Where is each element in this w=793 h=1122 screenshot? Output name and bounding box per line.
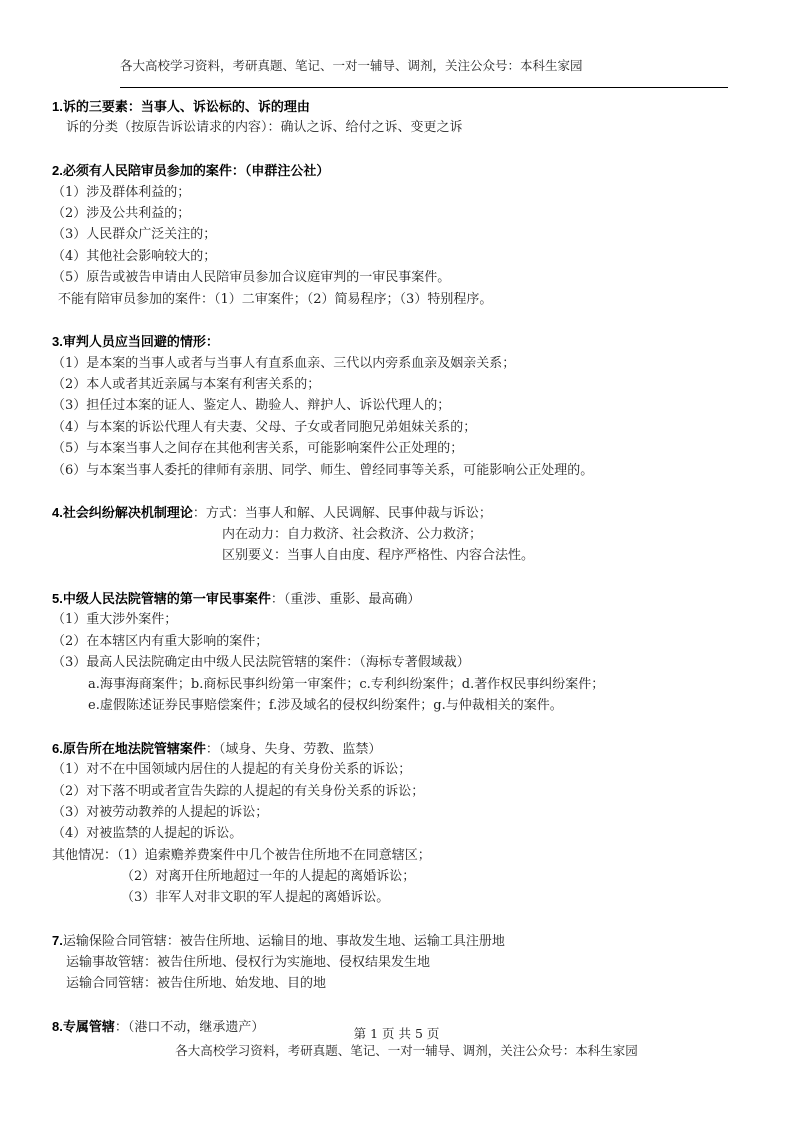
section-line: 内在动力：自力救济、社会救济、公力救济； xyxy=(52,524,752,545)
section-6: 6.原告所在地法院管辖案件：（域身、失身、劳教、监禁） （1）对不在中国领域内居… xyxy=(52,738,752,909)
section-title-suffix: ：（域身、失身、劳教、监禁） xyxy=(206,742,382,757)
section-title: 5.中级人民法院管辖的第一审民事案件 xyxy=(52,591,271,606)
list-item: （2）在本辖区内有重大影响的案件； xyxy=(52,631,752,652)
spacer xyxy=(52,994,752,1015)
section-note: 不能有陪审员参加的案件：（1）二审案件；（2）简易程序；（3）特别程序。 xyxy=(52,289,752,310)
list-item: （5）与本案当事人之间存在其他利害关系，可能影响案件公正处理的； xyxy=(52,438,752,459)
page-header: 各大高校学习资料，考研真题、笔记、一对一辅导、调剂，关注公众号：本科生家园 xyxy=(120,56,583,74)
page-number: 第 1 页 共 5 页 xyxy=(0,1024,793,1042)
list-item: （4）与本案的诉讼代理人有夫妻、父母、子女或者同胞兄弟姐妹关系的； xyxy=(52,417,752,438)
section-heading-line: 5.中级人民法院管辖的第一审民事案件：（重涉、重影、最高确） xyxy=(52,588,752,609)
section-title-suffix: ：（重涉、重影、最高确） xyxy=(271,592,421,607)
list-item: （4）对被监禁的人提起的诉讼。 xyxy=(52,823,752,844)
section-title: 3.审判人员应当回避的情形： xyxy=(52,331,752,352)
list-item: （5）原告或被告申请由人民陪审员参加合议庭审判的一审民事案件。 xyxy=(52,267,752,288)
list-item: （2）涉及公共利益的； xyxy=(52,203,752,224)
section-3: 3.审判人员应当回避的情形： （1）是本案的当事人或者与当事人有直系血亲、三代以… xyxy=(52,331,752,481)
list-item: （3）人民群众广泛关注的； xyxy=(52,224,752,245)
list-item: （3）非军人对非文职的军人提起的离婚诉讼。 xyxy=(52,887,752,908)
spacer xyxy=(52,481,752,502)
spacer xyxy=(52,310,752,331)
section-line: 诉的分类（按原告诉讼请求的内容）：确认之诉、给付之诉、变更之诉 xyxy=(52,117,752,138)
list-item: （3）最高人民法院确定由中级人民法院管辖的案件：（海标专著假域裁） xyxy=(52,652,752,673)
other-cases-label: 其他情况： xyxy=(52,848,117,863)
section-5: 5.中级人民法院管辖的第一审民事案件：（重涉、重影、最高确） （1）重大涉外案件… xyxy=(52,588,752,716)
section-4: 4.社会纠纷解决机制理论：方式：当事人和解、人民调解、民事仲裁与诉讼； 内在动力… xyxy=(52,502,752,566)
section-title-suffix: 运输保险合同管辖：被告住所地、运输目的地、事故发生地、运输工具注册地 xyxy=(63,934,505,949)
document-body: 1.诉的三要素：当事人、诉讼标的、诉的理由 诉的分类（按原告诉讼请求的内容）：确… xyxy=(52,96,752,1037)
other-cases-line: 其他情况：（1）追索赡养费案件中几个被告住所地不在同意辖区； xyxy=(52,845,752,866)
list-item: （4）其他社会影响较大的； xyxy=(52,246,752,267)
spacer xyxy=(52,909,752,930)
section-title: 6.原告所在地法院管辖案件 xyxy=(52,741,206,756)
section-title: 2.必须有人民陪审员参加的案件：（申群注公社） xyxy=(52,160,752,181)
section-2: 2.必须有人民陪审员参加的案件：（申群注公社） （1）涉及群体利益的； （2）涉… xyxy=(52,160,752,310)
list-item: （1）重大涉外案件； xyxy=(52,609,752,630)
section-line: 区别要义：当事人自由度、程序严格性、内容合法性。 xyxy=(52,545,752,566)
sub-list-item: a.海事海商案件；b.商标民事纠纷第一审案件；c.专利纠纷案件；d.著作权民事纠… xyxy=(52,674,752,695)
list-item: （2）本人或者其近亲属与本案有利害关系的； xyxy=(52,374,752,395)
section-heading-line: 4.社会纠纷解决机制理论：方式：当事人和解、人民调解、民事仲裁与诉讼； xyxy=(52,502,752,523)
list-item: （2）对离开住所地超过一年的人提起的离婚诉讼； xyxy=(52,866,752,887)
list-item: （1）追索赡养费案件中几个被告住所地不在同意辖区； xyxy=(117,848,431,863)
section-title: 4.社会纠纷解决机制理论 xyxy=(52,505,193,520)
header-rule xyxy=(120,87,728,88)
section-line: 运输合同管辖：被告住所地、始发地、目的地 xyxy=(52,973,752,994)
list-item: （1）是本案的当事人或者与当事人有直系血亲、三代以内旁系血亲及姻亲关系； xyxy=(52,353,752,374)
list-item: （1）对不在中国领域内居住的人提起的有关身份关系的诉讼； xyxy=(52,759,752,780)
section-title: 1.诉的三要素：当事人、诉讼标的、诉的理由 xyxy=(52,96,752,117)
spacer xyxy=(52,716,752,737)
section-1: 1.诉的三要素：当事人、诉讼标的、诉的理由 诉的分类（按原告诉讼请求的内容）：确… xyxy=(52,96,752,139)
page-footer: 各大高校学习资料，考研真题、笔记、一对一辅导、调剂，关注公众号：本科生家园 xyxy=(10,1041,793,1059)
section-title-suffix: ：方式：当事人和解、人民调解、民事仲裁与诉讼； xyxy=(193,506,492,521)
section-heading-line: 7.运输保险合同管辖：被告住所地、运输目的地、事故发生地、运输工具注册地 xyxy=(52,930,752,951)
list-item: （6）与本案当事人委托的律师有亲朋、同学、师生、曾经同事等关系，可能影响公正处理… xyxy=(52,460,752,481)
section-line: 运输事故管辖：被告住所地、侵权行为实施地、侵权结果发生地 xyxy=(52,952,752,973)
sub-list-item: e.虚假陈述证券民事赔偿案件；f.涉及域名的侵权纠纷案件；g.与仲裁相关的案件。 xyxy=(52,695,752,716)
spacer xyxy=(52,139,752,160)
section-7: 7.运输保险合同管辖：被告住所地、运输目的地、事故发生地、运输工具注册地 运输事… xyxy=(52,930,752,994)
spacer xyxy=(52,567,752,588)
list-item: （2）对下落不明或者宣告失踪的人提起的有关身份关系的诉讼； xyxy=(52,781,752,802)
list-item: （3）对被劳动教养的人提起的诉讼； xyxy=(52,802,752,823)
list-item: （1）涉及群体利益的； xyxy=(52,182,752,203)
section-number: 7. xyxy=(52,933,63,948)
list-item: （3）担任过本案的证人、鉴定人、勘验人、辩护人、诉讼代理人的； xyxy=(52,395,752,416)
section-heading-line: 6.原告所在地法院管辖案件：（域身、失身、劳教、监禁） xyxy=(52,738,752,759)
